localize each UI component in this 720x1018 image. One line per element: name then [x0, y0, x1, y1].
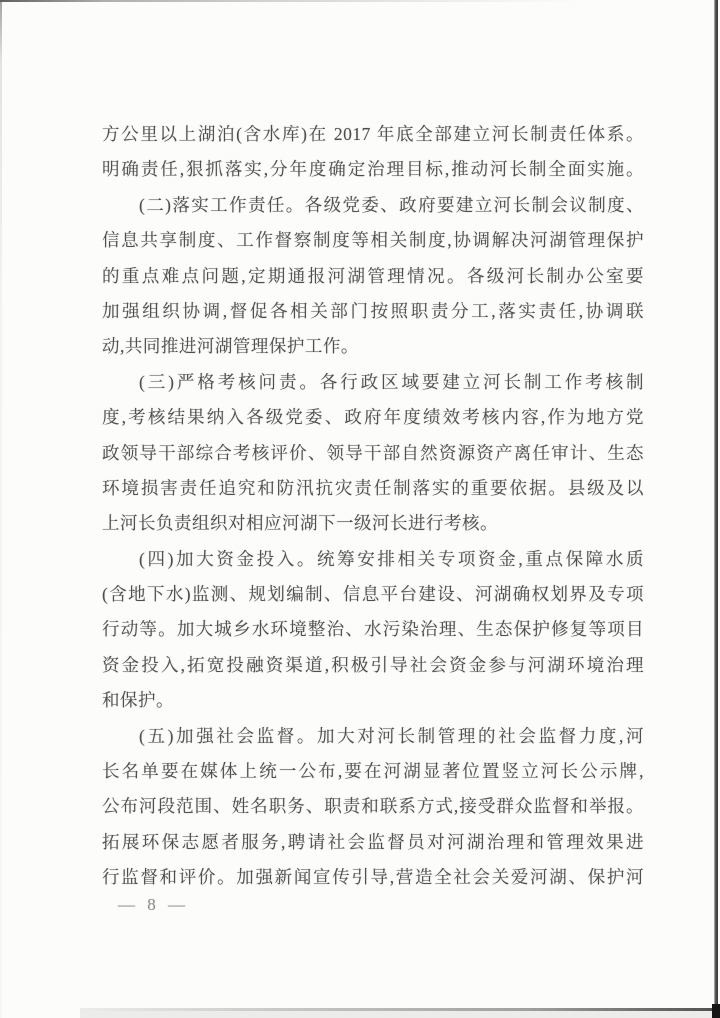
text-line: 资金投入,拓宽投融资渠道,积极引导社会资金参与河湖环境治理: [102, 648, 644, 683]
scan-edge-left: [0, 0, 2, 1018]
scan-edge-right: [714, 0, 718, 1006]
text-line: 信息共享制度、工作督察制度等相关制度,协调解决河湖管理保护: [102, 223, 644, 258]
text-line: 方公里以上湖泊(含水库)在 2017 年底全部建立河长制责任体系。: [102, 117, 644, 152]
text-line: 环境损害责任追究和防汛抗灾责任制落实的重要依据。县级及以: [102, 471, 644, 506]
text-line: 动,共同推进河湖管理保护工作。: [102, 329, 644, 364]
text-line: (三)严格考核问责。各行政区域要建立河长制工作考核制: [102, 365, 644, 400]
text-line: 的重点难点问题,定期通报河湖管理情况。各级河长制办公室要: [102, 259, 644, 294]
document-body: 方公里以上湖泊(含水库)在 2017 年底全部建立河长制责任体系。明确责任,狠抓…: [102, 117, 644, 896]
text-line: 拓展环保志愿者服务,聘请社会监督员对河湖治理和管理效果进: [102, 825, 644, 860]
text-line: 长名单要在媒体上统一公布,要在河湖显著位置竖立河长公示牌,: [102, 754, 644, 789]
text-line: 和保护。: [102, 683, 644, 718]
text-line: 行监督和评价。加强新闻宣传引导,营造全社会关爱河湖、保护河: [102, 860, 644, 895]
text-line: 行动等。加大城乡水环境整治、水污染治理、生态保护修复等项目: [102, 612, 644, 647]
text-line: (四)加大资金投入。统筹安排相关专项资金,重点保障水质: [102, 542, 644, 577]
text-line: 上河长负责组织对相应河湖下一级河长进行考核。: [102, 506, 644, 541]
text-line: 明确责任,狠抓落实,分年度确定治理目标,推动河长制全面实施。: [102, 152, 644, 187]
scan-edge-bottom-band: [80, 1011, 720, 1018]
text-line: 加强组织协调,督促各相关部门按照职责分工,落实责任,协调联: [102, 294, 644, 329]
text-line: (五)加强社会监督。加大对河长制管理的社会监督力度,河: [102, 719, 644, 754]
text-line: 政领导干部综合考核评价、领导干部自然资源资产离任审计、生态: [102, 436, 644, 471]
text-line: 度,考核结果纳入各级党委、政府年度绩效考核内容,作为地方党: [102, 400, 644, 435]
scan-edge-top: [0, 0, 580, 2]
text-line: (含地下水)监测、规划编制、信息平台建设、河湖确权划界及专项: [102, 577, 644, 612]
text-line: 公布河段范围、姓名职务、职责和联系方式,接受群众监督和举报。: [102, 789, 644, 824]
scan-corner-mark: [712, 1004, 720, 1018]
page-number: — 8 —: [118, 893, 189, 917]
text-line: (二)落实工作责任。各级党委、政府要建立河长制会议制度、: [102, 188, 644, 223]
scanned-document-page: 方公里以上湖泊(含水库)在 2017 年底全部建立河长制责任体系。明确责任,狠抓…: [0, 0, 720, 1018]
